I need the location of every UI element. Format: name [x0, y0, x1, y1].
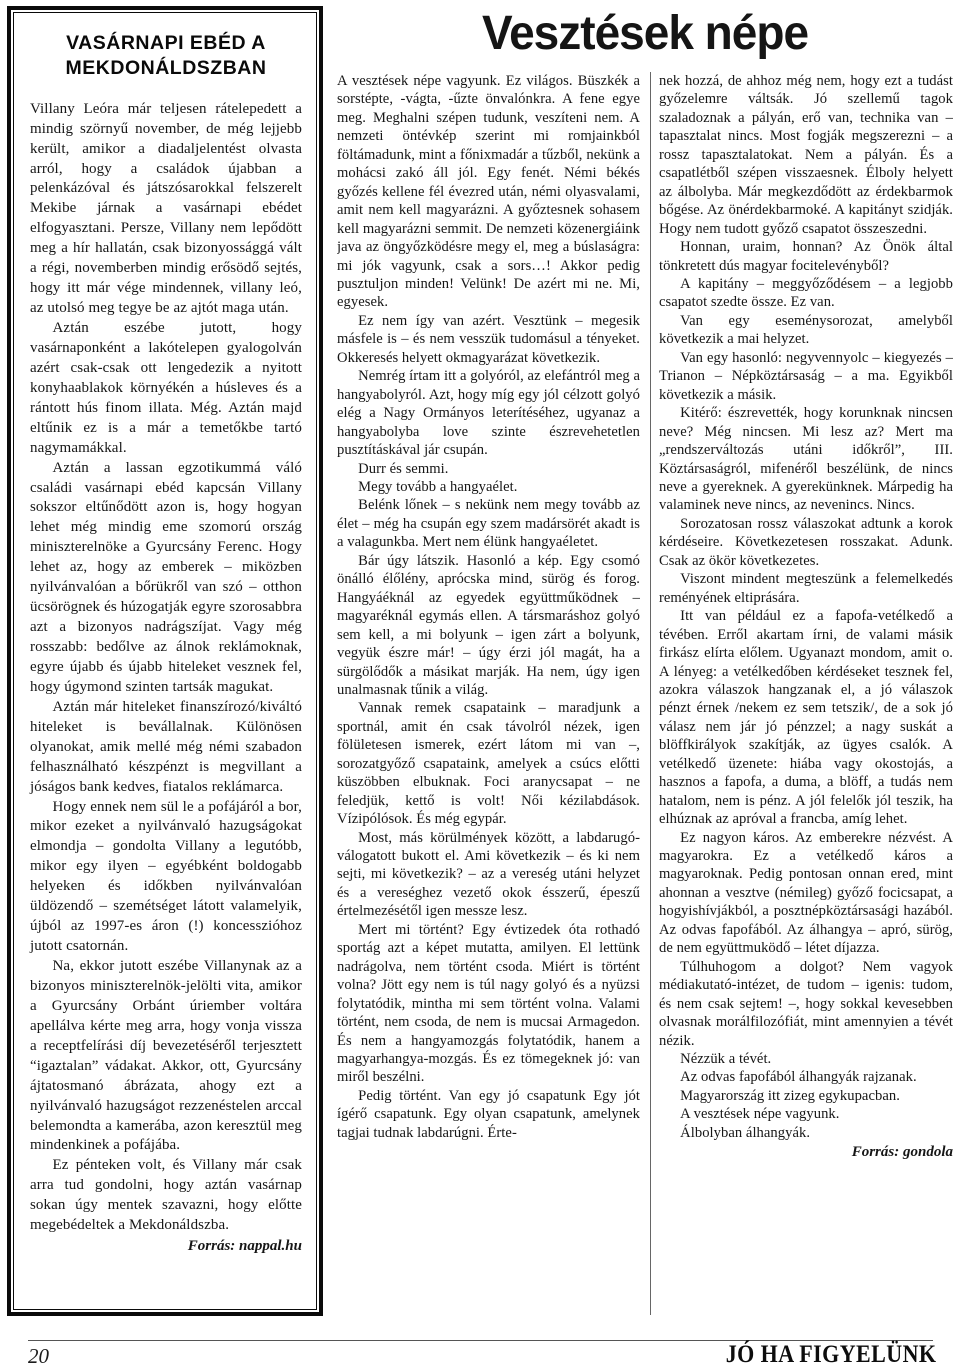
- page-title: Vesztések népe: [330, 4, 960, 61]
- paragraph: Álbolyban álhangyák.: [659, 1124, 953, 1142]
- paragraph: nek hozzá, de ahhoz még nem, hogy ezt a …: [659, 72, 953, 238]
- paragraph: Bár úgy látszik. Hasonló a kép. Egy csom…: [337, 552, 640, 700]
- paragraph: Aztán már hiteleket finanszírozó/kiváltó…: [30, 698, 302, 798]
- paragraph: Belénk lőnek – s nekünk nem megy tovább …: [337, 496, 640, 551]
- main-article-column-2-text: nek hozzá, de ahhoz még nem, hogy ezt a …: [659, 72, 953, 1142]
- main-article-column-1: A vesztések népe vagyunk. Ez világos. Bü…: [337, 72, 640, 1322]
- paragraph: Hogy ennek nem sül le a pofájáról a bor,…: [30, 798, 302, 958]
- paragraph: Itt van például ez a fapofa-vetélkedő a …: [659, 607, 953, 828]
- main-article-source: Forrás: gondola: [659, 1144, 953, 1161]
- paragraph: Az odvas fapofából álhangyák rajzanak.: [659, 1068, 953, 1086]
- footer-brand: JÓ HA FIGYELÜNK: [725, 1341, 936, 1369]
- paragraph: Kitérő: észrevették, hogy korunknak ninc…: [659, 404, 953, 515]
- paragraph: A kapitány – meggyőződésem – a legjobb c…: [659, 275, 953, 312]
- paragraph: Megy tovább a hangyaélet.: [337, 478, 640, 496]
- paragraph: Na, ekkor jutott eszébe Villanynak az a …: [30, 957, 302, 1156]
- paragraph: A vesztések népe vagyunk. Ez világos. Bü…: [337, 72, 640, 312]
- paragraph: Pedig történt. Van egy jó csapatunk Egy …: [337, 1087, 640, 1142]
- paragraph: Most, más körülmények között, a labdarug…: [337, 829, 640, 921]
- paragraph: A vesztések népe vagyunk.: [659, 1105, 953, 1123]
- paragraph: Viszont mindent megteszünk a felemelkedé…: [659, 570, 953, 607]
- paragraph: Magyarország itt zizeg egykupacban.: [659, 1087, 953, 1105]
- left-article-title: VASÁRNAPI EBÉD A MEKDONÁLDSZBAN: [30, 31, 302, 82]
- paragraph: Honnan, uraim, honnan? Az Önök által tön…: [659, 238, 953, 275]
- paragraph: Sorozatosan rossz válaszokat adtunk a ko…: [659, 515, 953, 570]
- column-divider: [650, 72, 651, 1315]
- paragraph: Ez pénteken volt, és Villany már csak ar…: [30, 1156, 302, 1236]
- left-article-box: VASÁRNAPI EBÉD A MEKDONÁLDSZBAN Villany …: [7, 6, 323, 1316]
- newspaper-page: VASÁRNAPI EBÉD A MEKDONÁLDSZBAN Villany …: [0, 0, 960, 1371]
- paragraph: Mert mi történt? Egy évtizedek óta rotha…: [337, 921, 640, 1087]
- paragraph: Ez nem így van azért. Vesztünk – megesik…: [337, 312, 640, 367]
- paragraph: Aztán eszébe jutott, hogy vasárnaponként…: [30, 319, 302, 459]
- paragraph: Van egy hasonló: negyvennyolc – kiegyezé…: [659, 349, 953, 404]
- page-number: 20: [28, 1344, 49, 1369]
- paragraph: Villany Leóra már teljesen rátelepedett …: [30, 100, 302, 319]
- left-article-title-line1: VASÁRNAPI EBÉD A: [66, 32, 266, 54]
- paragraph: Ez nagyon káros. Az emberekre nézvést. A…: [659, 829, 953, 958]
- paragraph: Van egy eseménysorozat, amelyből követke…: [659, 312, 953, 349]
- paragraph: Vannak remek csapataink – maradjunk a sp…: [337, 699, 640, 828]
- paragraph: Durr és semmi.: [337, 460, 640, 478]
- left-article-source: Forrás: nappal.hu: [30, 1238, 302, 1255]
- paragraph: Nemrég írtam itt a golyóról, az elefántr…: [337, 367, 640, 459]
- paragraph: Nézzük a tévét.: [659, 1050, 953, 1068]
- paragraph: Aztán a lassan egzotikummá váló családi …: [30, 459, 302, 698]
- left-article-title-line2: MEKDONÁLDSZBAN: [66, 57, 267, 79]
- left-article-box-inner: VASÁRNAPI EBÉD A MEKDONÁLDSZBAN Villany …: [13, 12, 317, 1310]
- left-article-body: Villany Leóra már teljesen rátelepedett …: [30, 100, 302, 1236]
- main-article-column-2: nek hozzá, de ahhoz még nem, hogy ezt a …: [659, 72, 953, 1307]
- paragraph: Túlhuhogom a dolgot? Nem vagyok médiakut…: [659, 958, 953, 1050]
